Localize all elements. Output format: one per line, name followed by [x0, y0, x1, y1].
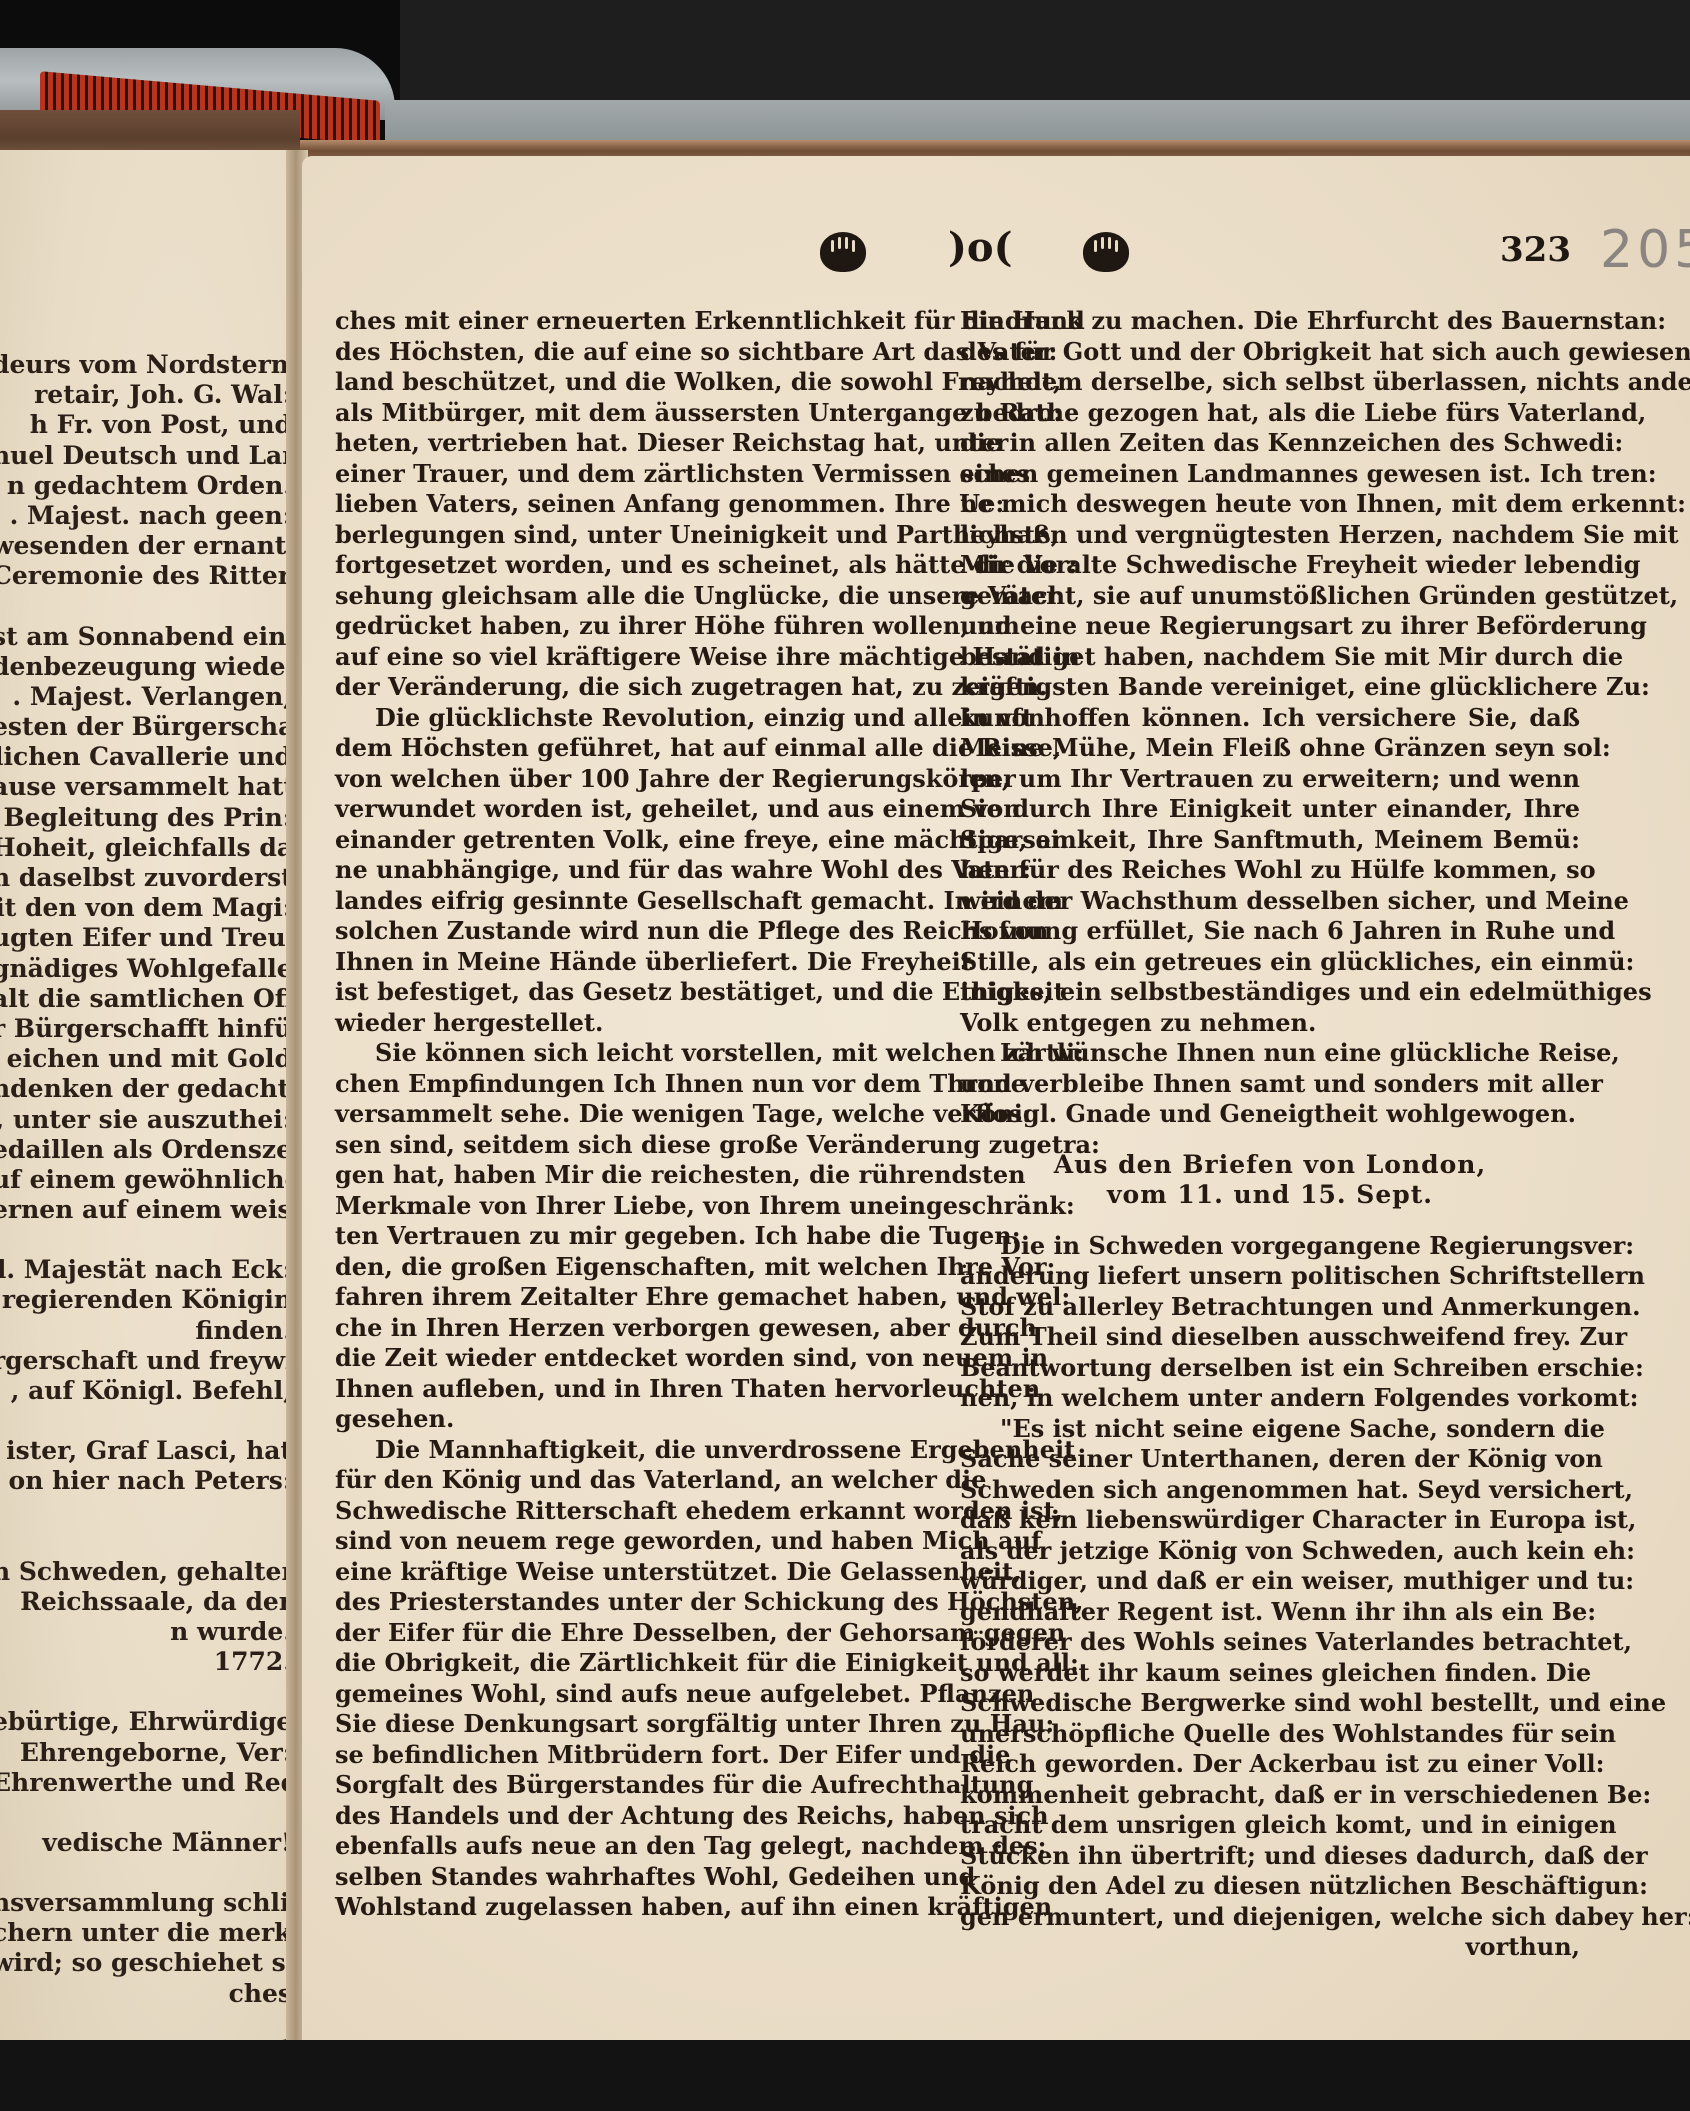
text-line: Stof zu allerley Betrachtungen und Anmer…	[960, 1292, 1580, 1323]
text-line: n gedachtem Orden.	[0, 471, 292, 501]
text-line: vedische Männer!	[0, 1828, 292, 1858]
text-line: uf einem gewöhnlichen	[0, 1165, 292, 1195]
text-line: Stille, als ein getreues ein glückliches…	[960, 947, 1580, 978]
text-line: Ceremonie des Ritter:	[0, 561, 292, 591]
text-line: die in allen Zeiten das Kennzeichen des …	[960, 428, 1580, 459]
text-line: einer Trauer, und dem zärtlichsten Vermi…	[335, 459, 970, 490]
text-line: des Priesterstandes unter der Schickung …	[335, 1587, 970, 1618]
text-line: gemeines Wohl, sind aufs neue aufgelebet…	[335, 1679, 970, 1710]
text-line: und verbleibe Ihnen samt und sonders mit…	[960, 1069, 1580, 1100]
text-line: ebürtige, Ehrwürdige,	[0, 1707, 292, 1737]
text-line: von welchen über 100 Jahre der Regierung…	[335, 764, 970, 795]
text-line: gendhafter Regent ist. Wenn ihr ihn als …	[960, 1597, 1580, 1628]
text-line: nen, in welchem unter andern Folgendes v…	[960, 1383, 1580, 1414]
text-line	[0, 1225, 292, 1255]
text-line: ist befestiget, das Gesetz bestätiget, u…	[335, 977, 970, 1008]
text-line: lieben Vaters, seinen Anfang genommen. I…	[335, 489, 970, 520]
text-line: Volk entgegen zu nehmen.	[960, 1008, 1580, 1039]
text-line: förderer des Wohls seines Vaterlandes be…	[960, 1627, 1580, 1658]
text-column-2: Eindruck zu machen. Die Ehrfurcht des Ba…	[960, 306, 1580, 1963]
text-line: wird; so geschiehet sol:	[0, 1948, 292, 1978]
text-line: ne unabhängige, und für das wahre Wohl d…	[335, 855, 970, 886]
text-line: Mir die alte Schwedische Freyheit wieder…	[960, 550, 1580, 581]
page-number: 323	[1500, 230, 1571, 270]
text-line: Ihnen aufleben, und in Ihren Thaten herv…	[335, 1374, 970, 1405]
text-line: Begleitung des Prin:	[0, 803, 292, 833]
text-line: König den Adel zu diesen nützlichen Besc…	[960, 1871, 1580, 1902]
text-line: Hofnung erfüllet, Sie nach 6 Jahren in R…	[960, 916, 1580, 947]
text-line: die Obrigkeit, die Zärtlichkeit für die …	[335, 1648, 970, 1679]
text-line: st am Sonnabend eine	[0, 622, 292, 652]
text-line: Ehrengeborne, Ver:	[0, 1738, 292, 1768]
text-line	[0, 592, 292, 622]
text-line: tracht dem unsrigen gleich komt, und in …	[960, 1810, 1580, 1841]
text-line: , unter sie auszuthei:	[0, 1105, 292, 1135]
text-line: gen ermuntert, und diejenigen, welche si…	[960, 1902, 1580, 1933]
text-line: des Höchsten, die auf eine so sichtbare …	[335, 337, 970, 368]
text-line: sehung gleichsam alle die Unglücke, die …	[335, 581, 970, 612]
text-line: land beschützet, und die Wolken, die sow…	[335, 367, 970, 398]
text-line: schen gemeinen Landmannes gewesen ist. I…	[960, 459, 1580, 490]
text-line: nuel Deutsch und Lars	[0, 441, 292, 471]
text-line: gesehen.	[335, 1404, 970, 1435]
archive-stamp-number: 205	[1600, 220, 1690, 280]
text-column-1: ches mit einer erneuerten Erkenntlichkei…	[335, 306, 970, 1923]
text-line: n wurde.	[0, 1617, 292, 1647]
text-line: gen hat, haben Mir die reichesten, die r…	[335, 1160, 970, 1191]
text-line: finden.	[0, 1316, 292, 1346]
text-line: nachdem derselbe, sich selbst überlassen…	[960, 367, 1580, 398]
text-line: Die glücklichste Revolution, einzig und …	[335, 703, 970, 734]
text-line	[0, 1677, 292, 1707]
text-line: ugten Eifer und Treue	[0, 923, 292, 953]
text-line	[0, 1497, 292, 1527]
text-line: gedrücket haben, zu ihrer Höhe führen wo…	[335, 611, 970, 642]
text-line: len, um Ihr Vertrauen zu erweitern; und …	[960, 764, 1580, 795]
text-line: edaillen als Ordenszei:	[0, 1135, 292, 1165]
spacer	[960, 1130, 1580, 1150]
left-page-text: deurs vom Nordstern:retair, Joh. G. Wal:…	[0, 350, 292, 2009]
text-line: sind von neuem rege geworden, und haben …	[335, 1526, 970, 1557]
text-line: für den König und das Vaterland, an welc…	[335, 1465, 970, 1496]
text-line: ten Vertrauen zu mir gegeben. Ich habe d…	[335, 1221, 970, 1252]
text-line: Sache seiner Unterthanen, deren der Köni…	[960, 1444, 1580, 1475]
text-line: thiges, ein selbstbeständiges und ein ed…	[960, 977, 1580, 1008]
text-line: sen sind, seitdem sich diese große Verän…	[335, 1130, 970, 1161]
text-line: retair, Joh. G. Wal:	[0, 380, 292, 410]
shell-ornament-icon	[1083, 232, 1129, 272]
text-line: kräftigsten Bande vereiniget, eine glück…	[960, 672, 1580, 703]
text-line: Wohlstand zugelassen haben, auf ihn eine…	[335, 1892, 970, 1923]
text-line: des Handels und der Achtung des Reichs, …	[335, 1801, 970, 1832]
text-line: chern unter die merk:	[0, 1918, 292, 1948]
text-line: esten der Bürgerschaft	[0, 712, 292, 742]
text-line	[0, 1858, 292, 1888]
text-line: Sorgfalt des Bürgerstandes für die Aufre…	[335, 1770, 970, 1801]
text-line: auf eine so viel kräftigere Weise ihre m…	[335, 642, 970, 673]
text-line: daß kein liebenswürdiger Character in Eu…	[960, 1505, 1580, 1536]
text-line: Eindruck zu machen. Die Ehrfurcht des Ba…	[960, 306, 1580, 337]
text-line: denbezeugung wieder:	[0, 652, 292, 682]
text-line: der Eifer für die Ehre Desselben, der Ge…	[335, 1618, 970, 1649]
text-line: lichsten und vergnügtesten Herzen, nachd…	[960, 520, 1580, 551]
text-line: fortgesetzet worden, und es scheinet, al…	[335, 550, 970, 581]
text-line: dem Höchsten geführet, hat auf einmal al…	[335, 733, 970, 764]
text-line: fahren ihrem Zeitalter Ehre gemachet hab…	[335, 1282, 970, 1313]
text-line: "Es ist nicht seine eigene Sache, sonder…	[960, 1414, 1580, 1445]
text-line: so werdet ihr kaum seines gleichen finde…	[960, 1658, 1580, 1689]
text-line: Zum Theil sind dieselben ausschweifend f…	[960, 1322, 1580, 1353]
text-line: . Majest. Verlangen,	[0, 682, 292, 712]
text-line	[0, 1527, 292, 1557]
text-line: einander getrenten Volk, eine freye, ein…	[335, 825, 970, 856]
text-line: änderung liefert unsern politischen Schr…	[960, 1261, 1580, 1292]
text-line: als Mitbürger, mit dem äussersten Unterg…	[335, 398, 970, 429]
text-line: Sie können sich leicht vorstellen, mit w…	[335, 1038, 970, 1069]
text-line	[0, 1798, 292, 1828]
text-line: landes eifrig gesinnte Gesellschaft gema…	[335, 886, 970, 917]
text-line: Hoheit, gleichfalls da:	[0, 833, 292, 863]
text-line: ches mit einer erneuerten Erkenntlichkei…	[335, 306, 970, 337]
text-line: ndenken der gedachten	[0, 1074, 292, 1104]
text-line: . Majest. nach geen:	[0, 501, 292, 531]
text-line: Merkmale von Ihrer Liebe, von Ihrem unei…	[335, 1191, 970, 1222]
text-line: als der jetzige König von Schweden, auch…	[960, 1536, 1580, 1567]
text-line: verwundet worden ist, geheilet, und aus …	[335, 794, 970, 825]
text-line: die Zeit wieder entdecket worden sind, v…	[335, 1343, 970, 1374]
text-line: des für Gott und der Obrigkeit hat sich …	[960, 337, 1580, 368]
book-cover-right	[385, 100, 1690, 144]
text-line: lichen Cavallerie und	[0, 742, 292, 772]
text-line: regierenden Königin	[0, 1285, 292, 1315]
text-line: Beantwortung derselben ist ein Schreiben…	[960, 1353, 1580, 1384]
text-line: n daselbst zuvorderst	[0, 863, 292, 893]
text-line: l. Majestät nach Eck:	[0, 1255, 292, 1285]
text-line: ne mich deswegen heute von Ihnen, mit de…	[960, 489, 1580, 520]
text-line: Ehrenwerthe und Red:	[0, 1768, 292, 1798]
text-line: Die in Schweden vorgegangene Regierungsv…	[960, 1231, 1580, 1262]
text-line: selben Standes wahrhaftes Wohl, Gedeihen…	[335, 1862, 970, 1893]
text-line: n Schweden, gehalten	[0, 1557, 292, 1587]
text-line	[0, 1406, 292, 1436]
knot-ornament-icon: )o(	[948, 228, 1013, 268]
text-line: und eine neue Regierungsart zu ihrer Bef…	[960, 611, 1580, 642]
text-line: Schweden sich angenommen hat. Seyd versi…	[960, 1475, 1580, 1506]
text-line: hen für des Reiches Wohl zu Hülfe kommen…	[960, 855, 1580, 886]
text-line: Königl. Gnade und Geneigtheit wohlgewoge…	[960, 1099, 1580, 1130]
text-line: ernen auf einem weis:	[0, 1195, 292, 1225]
text-line: 1772.	[0, 1647, 292, 1677]
text-line: ause versammelt hatten,	[0, 772, 292, 802]
text-line: heten, vertrieben hat. Dieser Reichstag …	[335, 428, 970, 459]
text-line: r Bürgerschafft hinfüh:	[0, 1014, 292, 1044]
text-line: zu Rathe gezogen hat, als die Liebe fürs…	[960, 398, 1580, 429]
text-line: unerschöpfliche Quelle des Wohlstandes f…	[960, 1719, 1580, 1750]
text-line: chen Empfindungen Ich Ihnen nun vor dem …	[335, 1069, 970, 1100]
text-line: Reich geworden. Der Ackerbau ist zu eine…	[960, 1749, 1580, 1780]
text-line: it den von dem Magi:	[0, 893, 292, 923]
text-line: bestätiget haben, nachdem Sie mit Mir du…	[960, 642, 1580, 673]
text-line: alt die samtlichen Offi:	[0, 984, 292, 1014]
text-line: kommenheit gebracht, daß er in verschied…	[960, 1780, 1580, 1811]
text-line: kunft hoffen können. Ich versichere Sie,…	[960, 703, 1580, 734]
text-line: würdiger, und daß er ein weiser, muthige…	[960, 1566, 1580, 1597]
text-line: hsversammlung schlies:	[0, 1888, 292, 1918]
text-line: berlegungen sind, unter Uneinigkeit und …	[335, 520, 970, 551]
text-line: Sie diese Denkungsart sorgfältig unter I…	[335, 1709, 970, 1740]
text-line: eine kräftige Weise unterstützet. Die Ge…	[335, 1557, 970, 1588]
text-line: Ihnen in Meine Hände überliefert. Die Fr…	[335, 947, 970, 978]
left-page: deurs vom Nordstern:retair, Joh. G. Wal:…	[0, 150, 296, 2040]
text-line: se befindlichen Mitbrüdern fort. Der Eif…	[335, 1740, 970, 1771]
text-line: Sie durch Ihre Einigkeit unter einander,…	[960, 794, 1580, 825]
text-line: , auf Königl. Befehl,	[0, 1376, 292, 1406]
text-line: Stücken ihn übertrift; und dieses dadurc…	[960, 1841, 1580, 1872]
text-line: wieder hergestellet.	[335, 1008, 970, 1039]
text-line: wird der Wachsthum desselben sicher, und…	[960, 886, 1580, 917]
text-line: che in Ihren Herzen verborgen gewesen, a…	[335, 1313, 970, 1344]
text-line: den, die großen Eigenschaften, mit welch…	[335, 1252, 970, 1283]
scan-background-bottom	[0, 2040, 1690, 2111]
text-line: vorthun,	[960, 1932, 1580, 1963]
text-line: Reichssaale, da der	[0, 1587, 292, 1617]
text-line: ches	[0, 1979, 292, 2009]
text-line: on hier nach Peters:	[0, 1466, 292, 1496]
text-line: Meine Mühe, Mein Fleiß ohne Gränzen seyn…	[960, 733, 1580, 764]
text-line: Schwedische Bergwerke sind wohl bestellt…	[960, 1688, 1580, 1719]
text-line: wesenden der ernanten	[0, 531, 292, 561]
text-line: rgerschaft und freywil:	[0, 1346, 292, 1376]
text-line: der Veränderung, die sich zugetragen hat…	[335, 672, 970, 703]
text-line: gemacht, sie auf unumstößlichen Gründen …	[960, 581, 1580, 612]
text-line: ebenfalls aufs neue an den Tag gelegt, n…	[335, 1831, 970, 1862]
text-line: eichen und mit Gold	[0, 1044, 292, 1074]
text-line: solchen Zustande wird nun die Pflege des…	[335, 916, 970, 947]
spacer	[960, 1211, 1580, 1231]
section-heading: Aus den Briefen von London,	[960, 1150, 1580, 1181]
text-line: gnädiges Wohlgefallen	[0, 954, 292, 984]
section-heading: vom 11. und 15. Sept.	[960, 1180, 1580, 1211]
text-line: versammelt sehe. Die wenigen Tage, welch…	[335, 1099, 970, 1130]
text-line: Ich wünsche Ihnen nun eine glückliche Re…	[960, 1038, 1580, 1069]
text-line: ister, Graf Lasci, hat	[0, 1436, 292, 1466]
text-line: h Fr. von Post, und	[0, 410, 292, 440]
text-line: Sparsamkeit, Ihre Sanftmuth, Meinem Bemü…	[960, 825, 1580, 856]
shell-ornament-icon	[820, 232, 866, 272]
text-line: deurs vom Nordstern:	[0, 350, 292, 380]
text-line: Die Mannhaftigkeit, die unverdrossene Er…	[335, 1435, 970, 1466]
text-line: Schwedische Ritterschaft ehedem erkannt …	[335, 1496, 970, 1527]
